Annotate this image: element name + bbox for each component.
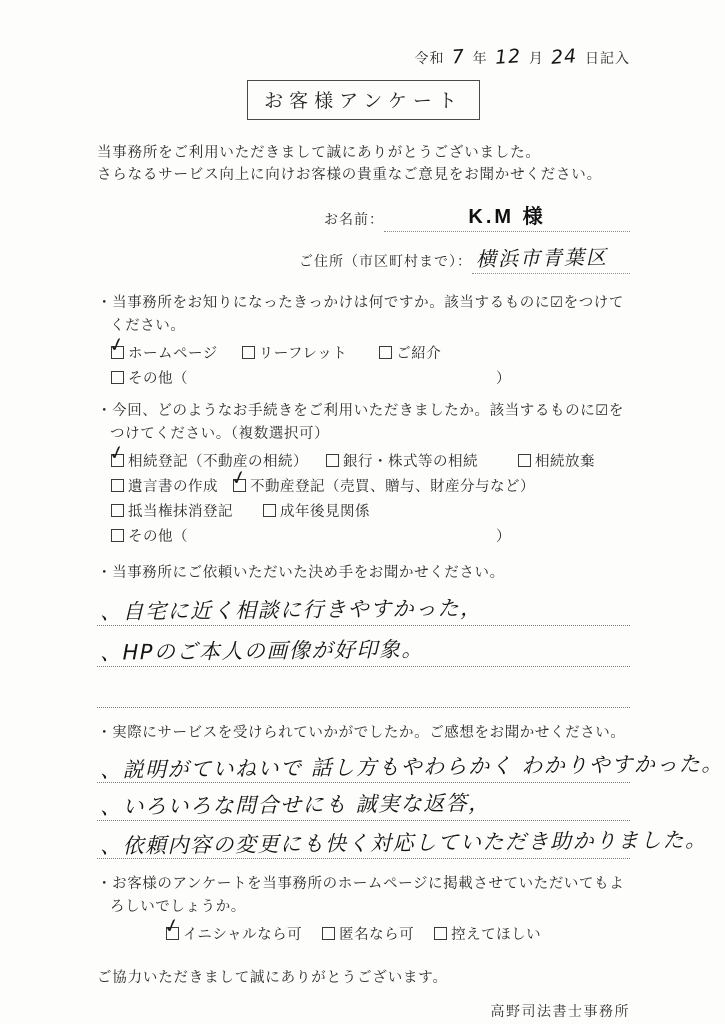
option-label: 相続放棄 — [535, 450, 595, 471]
q5-option-anonymous-ok: ✓ 匿名なら可 — [322, 923, 414, 944]
answer-line: 、いろいろな問合せにも 誠実な返答， — [97, 783, 630, 821]
option-label: 遺言書の作成 — [128, 475, 218, 496]
q1-prompt: ・当事務所をお知りになったきっかけは何ですか。該当するものに☑をつけてください。 — [97, 292, 630, 338]
document-title: お客様アンケート — [247, 80, 480, 120]
checkbox: ✓ — [233, 479, 246, 492]
option-label: 匿名なら可 — [339, 923, 414, 944]
answer-line: 、HPのご本人の画像が好印象。 — [97, 626, 630, 667]
q2-prompt: ・今回、どのようなお手続きをご利用いただきましたか。該当するものに☑をつけてくだ… — [97, 400, 630, 446]
checkbox — [111, 371, 124, 384]
question-deciding-factor: ・当事務所にご依頼いただいた決め手をお聞かせください。 、自宅に近く相談に行きや… — [97, 562, 630, 708]
checkbox: ✓ — [379, 346, 392, 359]
address-label: ご住所（市区町村まで）： — [299, 251, 472, 274]
intro-line-2: さらなるサービス向上に向けお客様の貴重なご意見をお聞かせください。 — [97, 167, 602, 183]
handwritten-day: 24 — [548, 45, 582, 69]
question-services-used: ・今回、どのようなお手続きをご利用いただきましたか。該当するものに☑をつけてくだ… — [97, 400, 630, 546]
q5-option-prefer-not: ✓ 控えてほしい — [434, 923, 541, 944]
address-field-row: ご住所（市区町村まで）： 横浜市青葉区 — [97, 242, 630, 274]
checkbox: ✓ — [111, 346, 124, 359]
q5-option-initials-ok: ✓ イニシャルなら可 — [166, 923, 302, 944]
name-value: K.M 様 — [468, 206, 545, 228]
handwritten-month: 12 — [491, 45, 525, 69]
q2-option-inheritance-renunciation: ✓ 相続放棄 — [518, 450, 595, 471]
date-era-label: 令和 — [415, 52, 445, 67]
name-field-row: お名前： K.M 様 — [97, 200, 630, 232]
q3-prompt: ・当事務所にご依頼いただいた決め手をお聞かせください。 — [97, 562, 630, 585]
handwritten-answer: 、自宅に近く相談に行きやすかった， — [100, 592, 483, 626]
q1-option-leaflet: ✓ リーフレット — [242, 342, 348, 363]
handwritten-answer: 、HPのご本人の画像が好印象。 — [100, 633, 424, 666]
checkbox: ✓ — [263, 504, 276, 517]
question-how-found: ・当事務所をお知りになったきっかけは何ですか。該当するものに☑をつけてください。… — [97, 292, 630, 388]
closing-paren: ） — [496, 525, 511, 546]
option-label: 相続登記（不動産の相続） — [128, 450, 308, 471]
answer-line: 、自宅に近く相談に行きやすかった， — [97, 585, 630, 626]
checkbox: ✓ — [518, 454, 531, 467]
handwritten-answer: 、説明がていねいで 話し方もやわらかく わかりやすかった。 — [100, 748, 724, 785]
checkbox — [111, 529, 124, 542]
checkbox: ✓ — [326, 454, 339, 467]
date-line: 令和 7 年 12 月 24 日記入 — [97, 46, 630, 70]
name-label: お名前： — [324, 209, 384, 232]
option-label: 銀行・株式等の相続 — [343, 450, 478, 471]
option-label: リーフレット — [259, 342, 348, 363]
option-label: ご紹介 — [396, 342, 441, 363]
checkbox: ✓ — [242, 346, 255, 359]
option-label: ホームページ — [128, 342, 218, 363]
intro-line-1: 当事務所をご利用いただきまして誠にありがとうございました。 — [97, 145, 541, 161]
option-label: 抵当権抹消登記 — [128, 500, 233, 521]
checkbox: ✓ — [111, 454, 124, 467]
survey-document: 令和 7 年 12 月 24 日記入 お客様アンケート 当事務所をご利用いただき… — [0, 0, 725, 1024]
checkbox: ✓ — [434, 927, 447, 940]
checkbox: ✓ — [322, 927, 335, 940]
closing-thanks: ご協力いただきまして誠にありがとうございます。 — [97, 966, 630, 987]
option-label: その他（ — [128, 525, 188, 546]
q1-option-other: その他（ ） — [111, 367, 511, 388]
option-label: 成年後見関係 — [280, 500, 370, 521]
handwritten-answer: 、いろいろな問合せにも 誠実な返答， — [100, 787, 491, 821]
checkbox: ✓ — [111, 479, 124, 492]
question-publication-consent: ・お客様のアンケートを当事務所のホームページに掲載させていただいてもよろしいでし… — [97, 873, 630, 944]
q1-option-referral: ✓ ご紹介 — [379, 342, 441, 363]
answer-line — [97, 667, 630, 708]
q2-option-mortgage-cancellation: ✓ 抵当権抹消登記 — [111, 500, 233, 521]
q1-option-homepage: ✓ ホームページ — [111, 342, 218, 363]
q5-prompt: ・お客様のアンケートを当事務所のホームページに掲載させていただいてもよろしいでし… — [97, 873, 630, 919]
name-underline: K.M 様 — [384, 200, 630, 232]
checkbox: ✓ — [166, 927, 179, 940]
answer-line: 、説明がていねいで 話し方もやわらかく わかりやすかった。 — [97, 745, 630, 783]
q2-option-other: その他（ ） — [111, 525, 511, 546]
closing-paren: ） — [496, 367, 511, 388]
q2-option-adult-guardianship: ✓ 成年後見関係 — [263, 500, 370, 521]
option-label: その他（ — [128, 367, 188, 388]
q2-option-inheritance-registration: ✓ 相続登記（不動産の相続） — [111, 450, 308, 471]
checkbox: ✓ — [111, 504, 124, 517]
handwritten-answer: 、依頼内容の変更にも快く対応していただき助かりました。 — [100, 824, 708, 860]
q2-option-bank-stock-inheritance: ✓ 銀行・株式等の相続 — [326, 450, 478, 471]
month-label: 月 — [529, 52, 544, 67]
day-label: 日記入 — [585, 52, 630, 67]
answer-line: 、依頼内容の変更にも快く対応していただき助かりました。 — [97, 821, 630, 859]
intro-text: 当事務所をご利用いただきまして誠にありがとうございました。 さらなるサービス向上… — [97, 142, 630, 186]
handwritten-year: 7 — [448, 45, 469, 68]
option-label: 控えてほしい — [451, 923, 541, 944]
address-underline: 横浜市青葉区 — [472, 242, 630, 274]
office-name: 高野司法書士事務所 — [97, 1001, 630, 1021]
question-service-feedback: ・実際にサービスを受けられていかがでしたか。ご感想をお聞かせください。 、説明が… — [97, 722, 630, 859]
option-label: イニシャルなら可 — [183, 923, 302, 944]
q2-option-real-estate-registration: ✓ 不動産登記（売買、贈与、財産分与など） — [233, 475, 535, 496]
q2-option-will-drafting: ✓ 遺言書の作成 — [111, 475, 218, 496]
year-label: 年 — [473, 52, 488, 67]
q4-prompt: ・実際にサービスを受けられていかがでしたか。ご感想をお聞かせください。 — [97, 722, 630, 745]
option-label: 不動産登記（売買、贈与、財産分与など） — [250, 475, 535, 496]
address-value-handwritten: 横浜市青葉区 — [476, 241, 608, 272]
